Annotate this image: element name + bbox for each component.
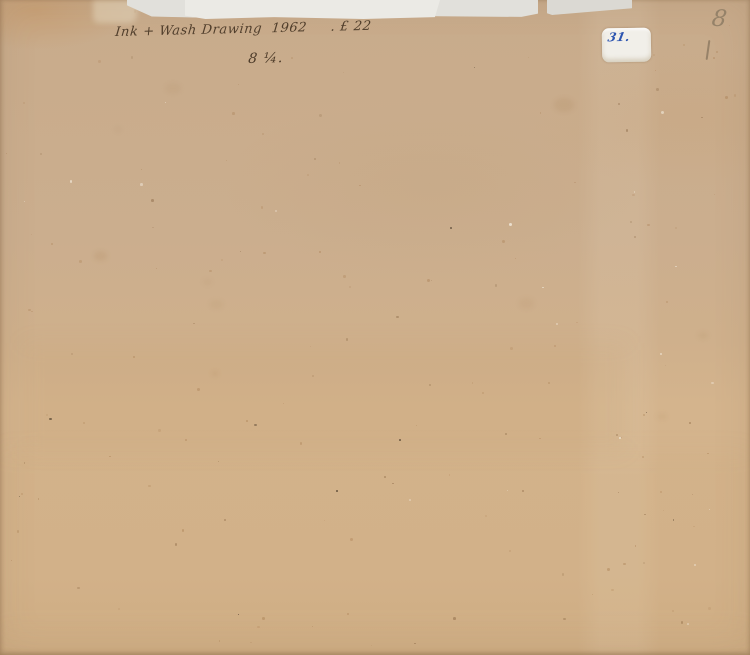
inscription-fraction: 8 ¼.	[247, 50, 284, 67]
paper-stain-band-lower	[0, 452, 750, 632]
paper-stain-band	[25, 343, 625, 451]
sticker-number: 31.	[606, 30, 631, 44]
inventory-sticker: 31.	[602, 28, 652, 63]
tape-strip-overlay	[185, 0, 440, 19]
artwork-verso-photo: Ink + Wash Drawing 1962 . £ 22 8 ¼. 31. …	[0, 0, 750, 655]
